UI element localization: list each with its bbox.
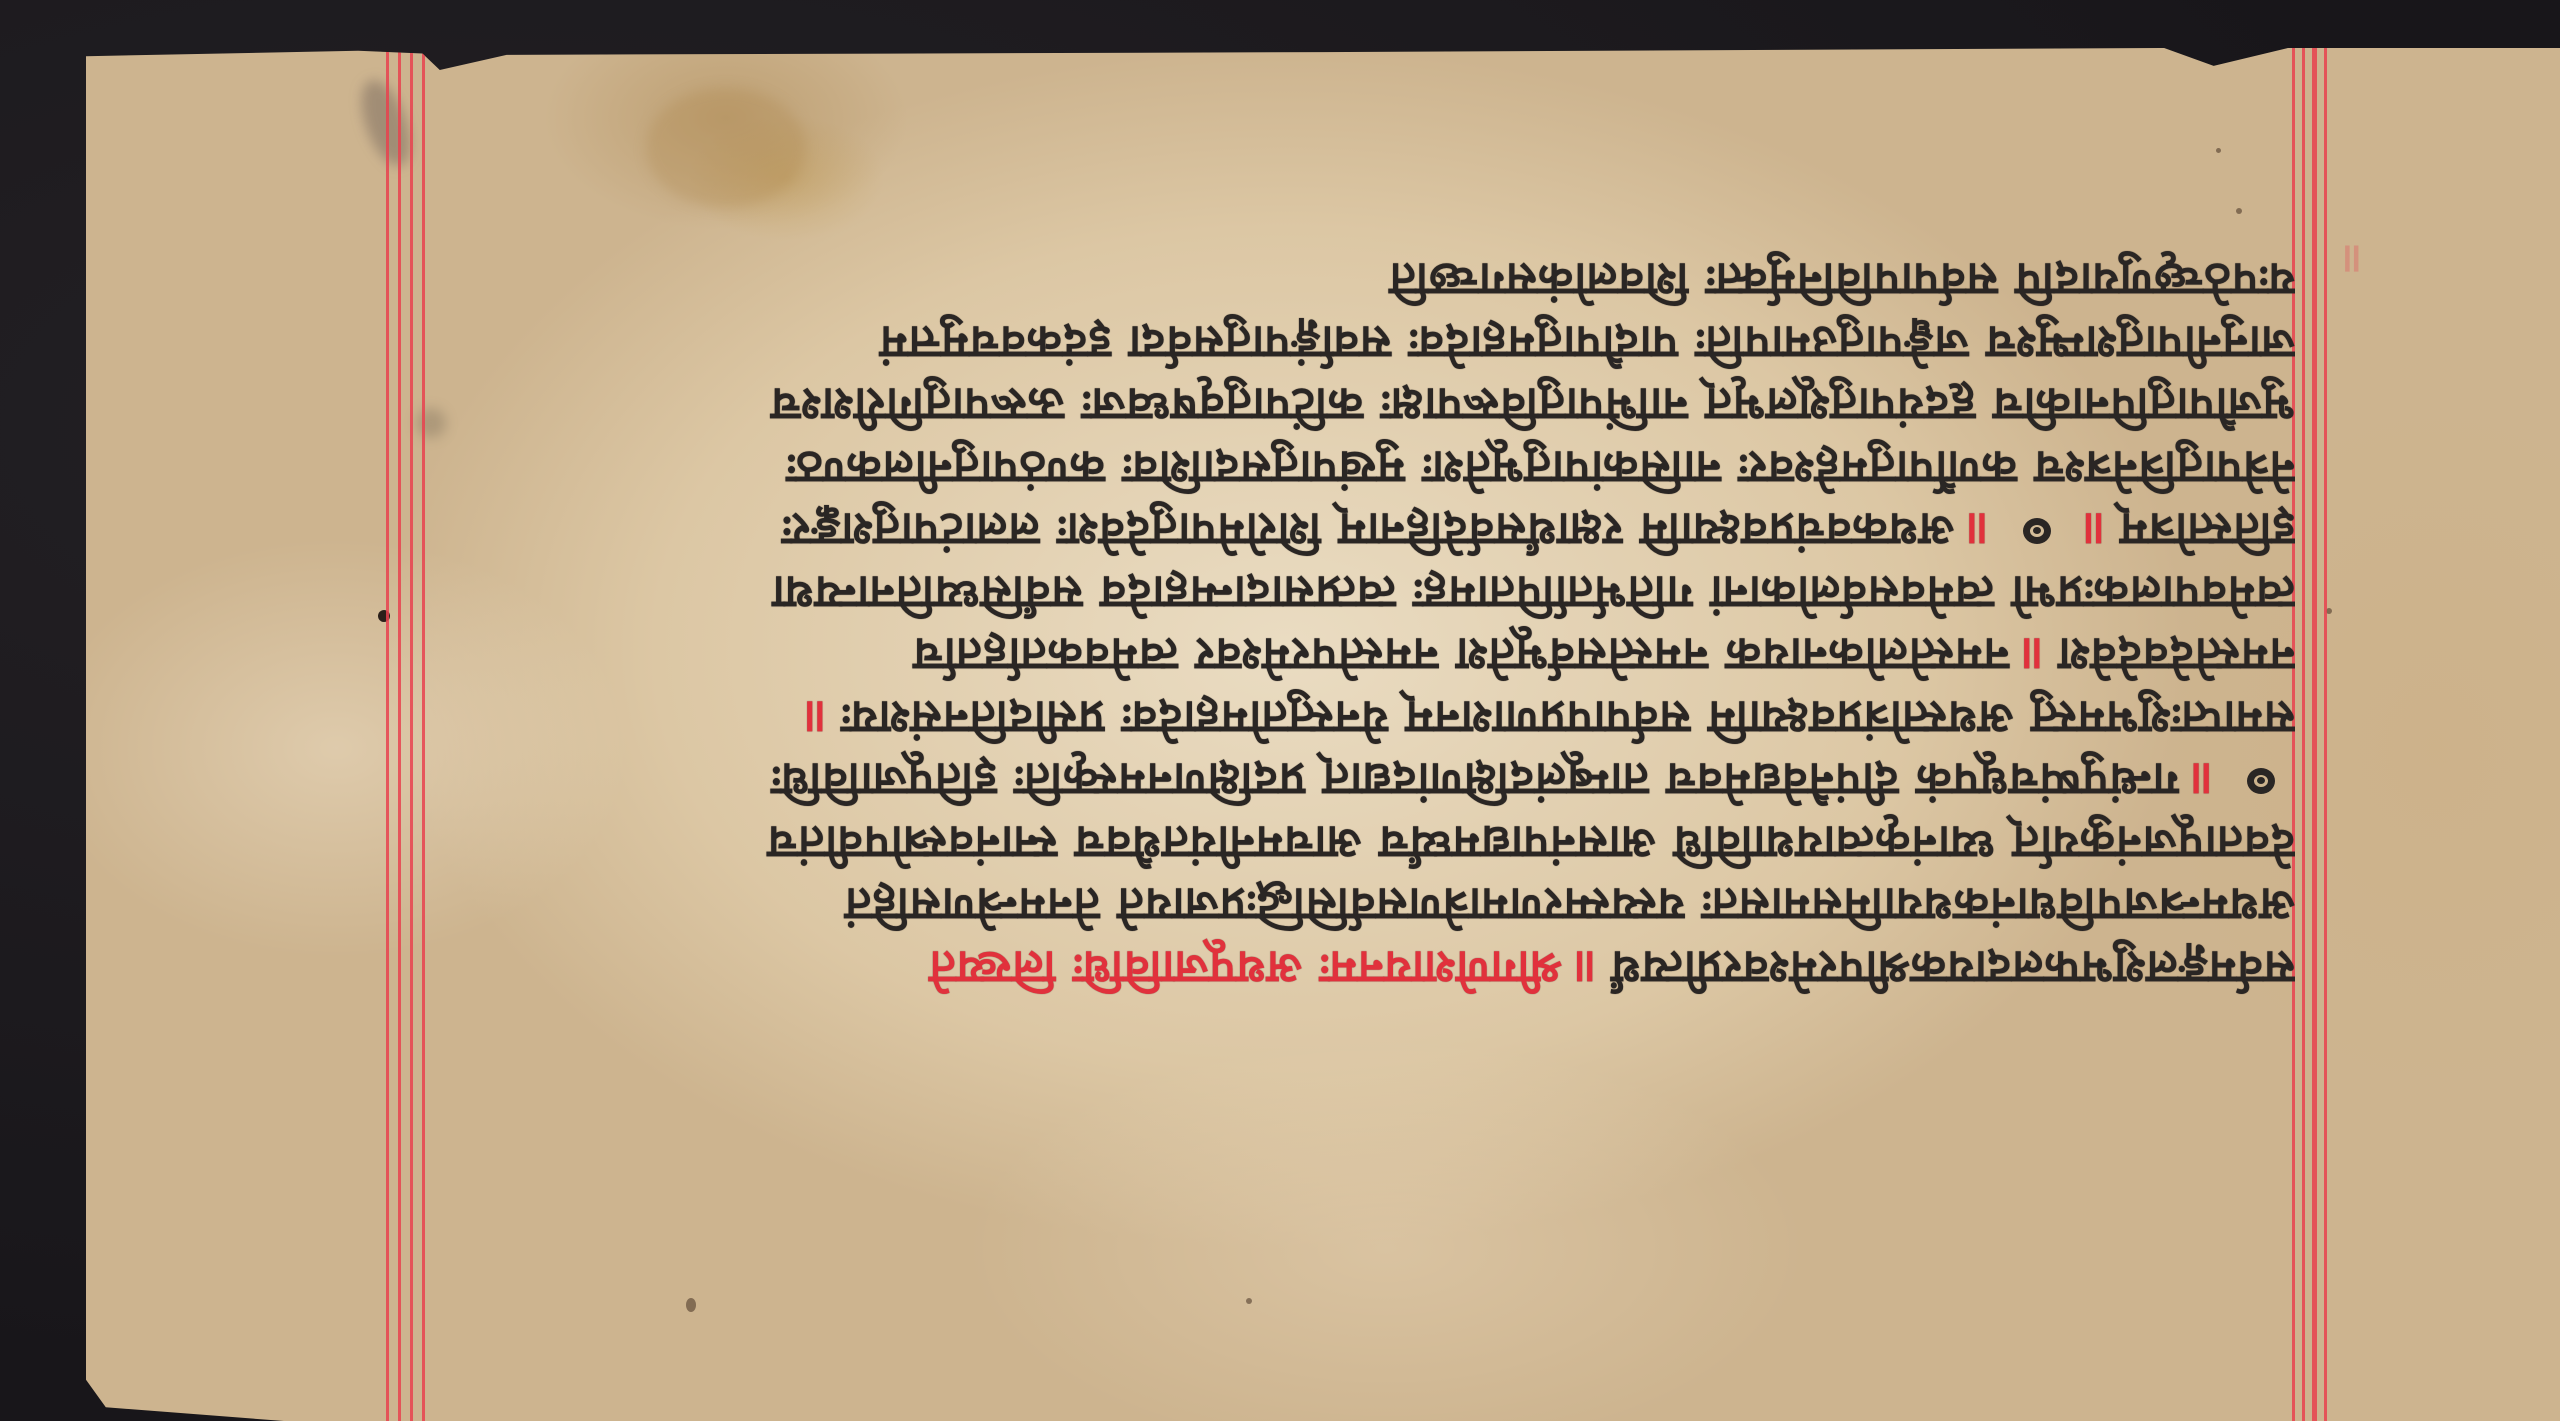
double-danda-mark: ॥ [2081, 500, 2110, 562]
script-text: देवतापूजनंकुर्यात् ध्यानंकृत्वायथाविधि आ… [767, 813, 2295, 875]
script-text: त्वमेवपालकःप्रभो त्वमेवसर्वलोकानां गतिर्… [772, 563, 2295, 625]
manuscript-line: देवतापूजनंकुर्यात् ध्यानंकृत्वायथाविधि आ… [415, 813, 2295, 876]
speck [1246, 1298, 1252, 1304]
manuscript-line: भुजौपातुपिनाकीच हृदयंपातुशूलभृत् नाभिंपा… [415, 375, 2295, 438]
script-text: अथमन्त्रजपविधानंकथयामिसमासतः यस्यस्मरणमा… [844, 875, 2295, 937]
script-text: भुजौपातुपिनाकीच हृदयंपातुशूलभृत् नाभिंपा… [770, 375, 2295, 437]
speck [2236, 208, 2242, 214]
margin-rule [398, 48, 401, 1421]
manuscript-line: अथमन्त्रजपविधानंकथयामिसमासतः यस्यस्मरणमा… [415, 875, 2295, 938]
double-danda-mark: ॥ [2188, 750, 2217, 812]
rubric-text: श्रीगणेशायनमः अथपूजाविधिः लिख्यते [928, 938, 1561, 1000]
script-text: गन्धंपुष्पंचधूपकं दीपंनैवेद्यमेवच ताम्बू… [771, 750, 2179, 812]
double-danda-mark: ॥ [802, 688, 831, 750]
margin-rule [2302, 48, 2305, 1421]
manuscript-text: सर्वमङ्गलशुभफलदायकश्रीपरमेश्वरप्रीत्यर्थ… [415, 250, 2295, 1000]
manuscript-line: सर्वमङ्गलशुभफलदायकश्रीपरमेश्वरप्रीत्यर्थ… [415, 938, 2295, 1001]
speck [686, 1298, 696, 1312]
double-danda-mark: ॥ [2019, 625, 2048, 687]
manuscript-line: जानुनीपातुशम्भुश्च जङ्घेपातुउमापतिः पादौ… [415, 313, 2295, 376]
script-text: सर्वमङ्गलशुभफलदायकश्रीपरमेश्वरप्रीत्यर्थ… [1611, 938, 2295, 1000]
script-text: समाप्तःशुभमस्तु अथस्तोत्रंप्रवक्ष्यामि स… [841, 688, 2295, 750]
lotus-ornament-icon [2237, 762, 2285, 800]
script-text: नेत्रेपातुत्रिनेत्रश्च कर्णौपातुमहेश्वरः… [786, 438, 2295, 500]
manuscript-line: यःपठेच्छृणुयादपि सर्वपापविनिर्मुक्तः शिव… [415, 250, 2295, 313]
script-text: जानुनीपातुशम्भुश्च जङ्घेपातुउमापतिः पादौ… [879, 313, 2295, 375]
manuscript-line: नमस्तेदेवदेवेश॥नमस्तेलोकनायक नमस्तेसर्वभ… [415, 625, 2295, 688]
margin-rule [2312, 48, 2317, 1421]
manuscript-line: त्वमेवपालकःप्रभो त्वमेवसर्वलोकानां गतिर्… [415, 563, 2295, 626]
manuscript-line: समाप्तःशुभमस्तु अथस्तोत्रंप्रवक्ष्यामि स… [415, 688, 2295, 751]
red-offset-mark: ॥ [2338, 228, 2362, 283]
manuscript-line: ॥गन्धंपुष्पंचधूपकं दीपंनैवेद्यमेवच ताम्ब… [415, 750, 2295, 813]
script-text: इतिस्तोत्रम् [2119, 500, 2295, 562]
margin-rule [410, 48, 413, 1421]
margin-rule [2324, 48, 2327, 1421]
manuscript-line: इतिस्तोत्रम्॥॥अथकवचंप्रवक्ष्यामि रक्षार्… [415, 500, 2295, 563]
manuscript-line: नेत्रेपातुत्रिनेत्रश्च कर्णौपातुमहेश्वरः… [415, 438, 2295, 501]
stain [646, 88, 806, 208]
lotus-ornament-icon [2013, 512, 2061, 550]
right-margin-rules [2292, 48, 2327, 1421]
double-danda-mark: ॥ [1572, 938, 1601, 1000]
script-text: नमस्तेदेवदेवेश [2058, 625, 2295, 687]
script-text: नमस्तेलोकनायक नमस्तेसर्वभूतेश नमस्तेपरमे… [913, 625, 2009, 687]
script-text: यःपठेच्छृणुयादपि सर्वपापविनिर्मुक्तः शिव… [1389, 250, 2295, 312]
speck [2216, 148, 2221, 153]
script-text: अथकवचंप्रवक्ष्यामि रक्षार्थंसर्वदेहिनाम्… [781, 500, 1954, 562]
double-danda-mark: ॥ [1964, 500, 1993, 562]
margin-rule [386, 48, 389, 1421]
